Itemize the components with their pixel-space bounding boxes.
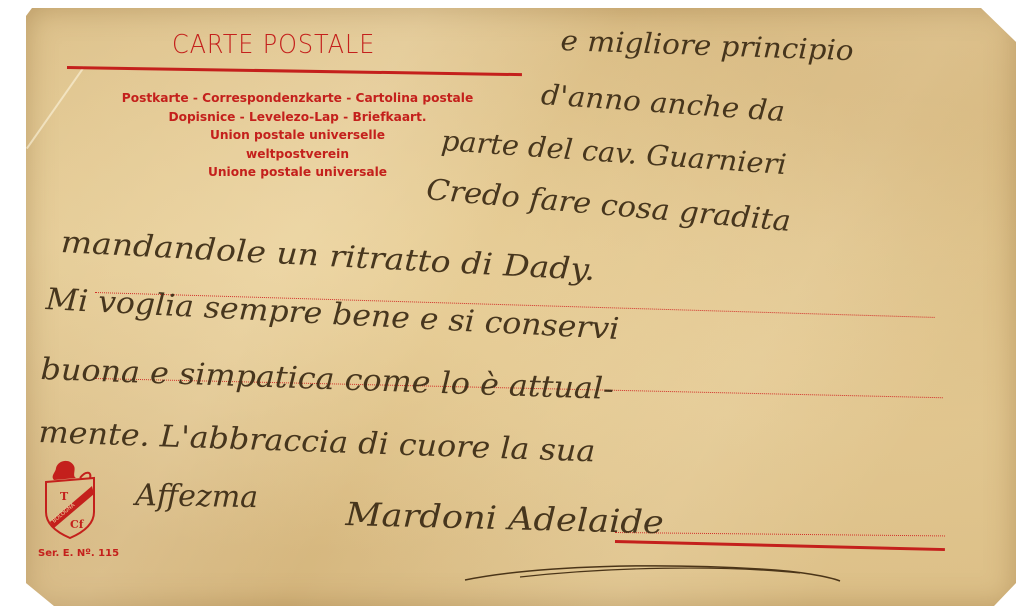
signature-flourish <box>460 555 860 585</box>
series-number: Ser. E. Nº. 115 <box>38 548 119 559</box>
header-line: Dopisnice - Levelezo-Lap - Briefkaart. <box>70 108 525 127</box>
svg-text:Cf: Cf <box>70 518 85 531</box>
closing: Affezma <box>135 478 258 515</box>
header-line: Postkarte - Correspondenzkarte - Cartoli… <box>70 89 525 108</box>
publisher-emblem-icon: T Cf BOLOGNA <box>40 460 100 545</box>
svg-text:T: T <box>60 490 69 503</box>
postcard-title: CARTE POSTALE <box>172 30 375 60</box>
